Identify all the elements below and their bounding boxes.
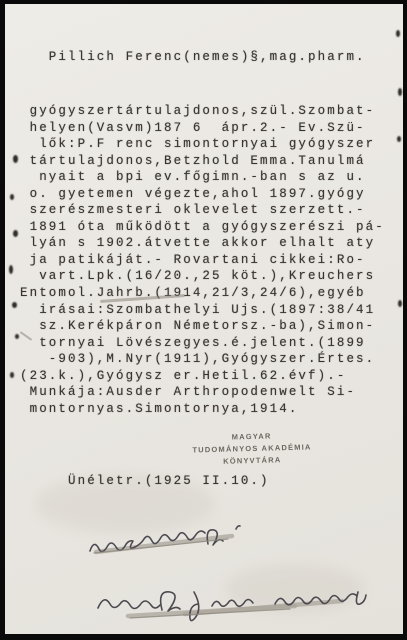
scan-speck — [13, 230, 18, 237]
scan-speck — [15, 334, 19, 339]
library-stamp: MAGYAR TUDOMÁNYOS AKADÉMIA KÖNYVTÁRA — [177, 429, 328, 469]
typed-line: lők:P.F renc simontornyai gyógyszer — [20, 136, 385, 153]
typed-line: ja patikáját.- Rovartani cikkei:Ro- — [20, 252, 385, 269]
typed-line: vart.Lpk.(16/20.,25 köt.),Kreuchers — [20, 268, 385, 285]
autobiography-reference-line: Ünéletr.(1925 II.10.) — [20, 474, 385, 488]
typed-line: irásai:Szombathelyi Ujs.(1897:38/41 — [20, 302, 385, 319]
scan-speck — [397, 136, 401, 142]
typed-line: (23.k.),Gyógysz er.Hetil.62.évf).- — [20, 368, 385, 385]
scanned-catalog-card-page: { "card": { "title": " Pillich Ferenc(ne… — [0, 0, 407, 640]
scan-speck — [10, 372, 14, 378]
scan-speck — [398, 88, 402, 96]
typed-line: tornyai Lövészegyes.é.jelent.(1899 — [20, 335, 385, 352]
typed-line: Entomol.Jahrb.(1914,21/3,24/6),egyéb — [20, 285, 385, 302]
typed-line: helyen(Vasvm)187 6 ápr.2.- Ev.Szü- — [20, 120, 385, 137]
scan-speck — [13, 155, 18, 163]
handwritten-note-lower — [90, 584, 385, 632]
typed-line: -903),M.Nyr(1911),Gyógyszer.Értes. — [20, 351, 385, 368]
scan-speck — [12, 302, 17, 308]
scan-speck — [396, 30, 400, 37]
typed-line: lyán s 1902.átvette akkor elhalt aty — [20, 235, 385, 252]
typed-line: szerészmesteri oklevelet szerzett.- — [20, 202, 385, 219]
scan-speck — [10, 194, 14, 200]
typed-line: sz.Kerékpáron Németorsz.-ba),Simon- — [20, 318, 385, 335]
catalog-card: Pillich Ferenc(nemes)§,mag.pharm. gyógys… — [5, 4, 403, 634]
typed-line: Munkája:Ausder Arthropodenwelt Si- — [20, 384, 385, 401]
scan-speck — [398, 300, 402, 307]
handwritten-note-upper — [84, 520, 249, 568]
typed-line: tártulajdonos,Betzhold Emma.Tanulmá — [20, 153, 385, 170]
typed-line: gyógyszertártulajdonos,szül.Szombat- — [20, 103, 385, 120]
typed-line: o. gyetemen végezte,ahol 1897.gyógy — [20, 186, 385, 203]
typed-line: montornyas.Simontornya,1914. — [20, 401, 385, 418]
typed-line: 1891 óta működött a gyógyszerészi pá- — [20, 219, 385, 236]
biography-text: gyógyszertártulajdonos,szül.Szombat- hel… — [20, 103, 385, 417]
typed-line: nyait a bpi ev.főgimn.-ban s az u. — [20, 169, 385, 186]
card-title: Pillich Ferenc(nemes)§,mag.pharm. — [20, 48, 385, 66]
scan-speck — [9, 265, 13, 274]
